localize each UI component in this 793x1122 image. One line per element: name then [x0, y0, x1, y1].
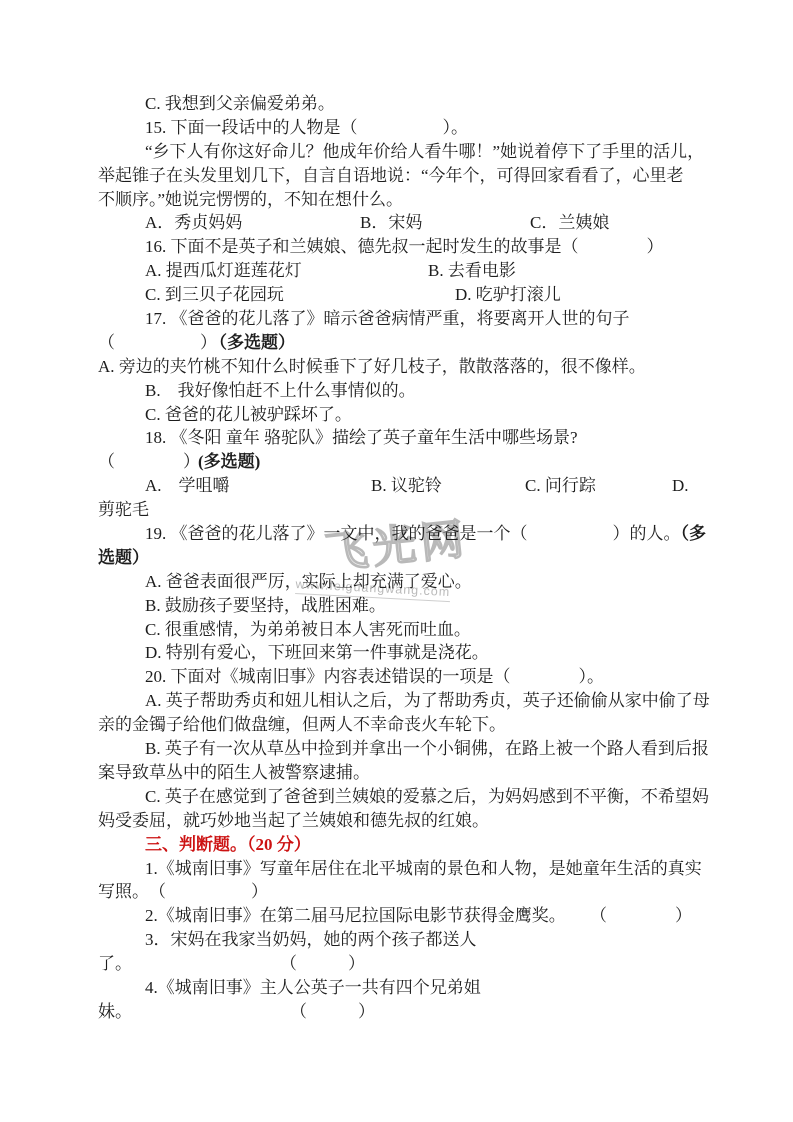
q18-option-a: A. 学咀嚼: [145, 474, 230, 498]
q18-option-c: C. 问行踪: [525, 474, 596, 498]
q18-blank-row: （ ） (多选题): [98, 450, 700, 474]
q16-option-a: A. 提西瓜灯逛莲花灯: [145, 259, 302, 283]
q15-passage-line3: 不顺序。”她说完愣愣的，不知在想什么。: [98, 188, 700, 212]
q15-passage-line2: 举起锥子在头发里划几下，自言自语地说：“今年个，可得回家看看了，心里老: [98, 164, 700, 188]
exam-body: C. 我想到父亲偏爱弟弟。 15. 下面一段话中的人物是（ ）。 “乡下人有你这…: [98, 92, 700, 1024]
q15-option-c: C．兰姨娘: [530, 211, 609, 235]
section3-item4-blank: （ ）: [290, 1000, 375, 1024]
q16-stem: 16. 下面不是英子和兰姨娘、德先叔一起时发生的故事是（ ）: [98, 235, 700, 259]
q18-option-b: B. 议驼铃: [371, 474, 442, 498]
section3-heading: 三、判断题。（20 分）: [98, 833, 700, 857]
q19-option-c: C. 很重感情，为弟弟被日本人害死而吐血。: [98, 618, 700, 642]
section3-item2-text: 2.《城南旧事》在第二届马尼拉国际电影节获得金鹰奖。: [145, 904, 566, 928]
section3-item1-line1: 1.《城南旧事》写童年居住在北平城南的景色和人物，是她童年生活的真实: [98, 857, 700, 881]
q16-options-row1: A. 提西瓜灯逛莲花灯 B. 去看电影: [98, 259, 700, 283]
section3-item3-line1: 3．宋妈在我家当奶妈，她的两个孩子都送人: [98, 928, 700, 952]
q15-stem: 15. 下面一段话中的人物是（ ）。: [98, 116, 700, 140]
q17-blank-row: （ ） （多选题）: [98, 331, 700, 355]
section3-item4-line2: 妹。 （ ）: [98, 1000, 700, 1024]
q19-option-b: B. 鼓励孩子要坚持，战胜困难。: [98, 594, 700, 618]
q17-stem: 17. 《爸爸的花儿落了》暗示爸爸病情严重，将要离开人世的句子: [98, 307, 700, 331]
section3-item3-tail: 了。: [98, 952, 132, 976]
q20-option-b-line2: 案导致草丛中的陌生人被警察逮捕。: [98, 761, 700, 785]
section3-item4-line1: 4.《城南旧事》主人公英子一共有四个兄弟姐: [98, 976, 700, 1000]
q15-option-a: A．秀贞妈妈: [145, 211, 242, 235]
q16-options-row2: C. 到三贝子花园玩 D. 吃驴打滚儿: [98, 283, 700, 307]
q14-option-c: C. 我想到父亲偏爱弟弟。: [98, 92, 700, 116]
q18-stem: 18. 《冬阳 童年 骆驼队》描绘了英子童年生活中哪些场景?: [98, 426, 700, 450]
q19-multi-select-tag-part2: 选题）: [98, 546, 700, 570]
q15-passage-line1: “乡下人有你这好命儿？他成年价给人看牛哪！”她说着停下了手里的活儿，: [98, 140, 700, 164]
q20-option-c-line1: C. 英子在感觉到了爸爸到兰姨娘的爱慕之后，为妈妈感到不平衡，不希望妈: [98, 785, 700, 809]
q17-answer-blank: （ ）: [98, 331, 217, 355]
section3-item2-row: 2.《城南旧事》在第二届马尼拉国际电影节获得金鹰奖。 （ ）: [98, 904, 700, 928]
q15-options-row: A．秀贞妈妈 B．宋妈 C．兰姨娘: [98, 211, 700, 235]
q16-option-c: C. 到三贝子花园玩: [145, 283, 284, 307]
q20-option-a-line1: A. 英子帮助秀贞和妞儿相认之后，为了帮助秀贞，英子还偷偷从家中偷了母: [98, 689, 700, 713]
q20-option-a-line2: 亲的金镯子给他们做盘缠，但两人不幸命丧火车轮下。: [98, 713, 700, 737]
q19-stem: 19. 《爸爸的花儿落了》一文中，我的爸爸是一个（ ）的人。: [145, 524, 681, 543]
q18-options-row: A. 学咀嚼 B. 议驼铃 C. 问行踪 D.: [98, 474, 700, 498]
q17-multi-select-tag: （多选题）: [210, 331, 295, 355]
q20-stem: 20. 下面对《城南旧事》内容表述错误的一项是（ ）。: [98, 665, 700, 689]
document-page: 飞光网 www.feiguangwang.com C. 我想到父亲偏爱弟弟。 1…: [0, 0, 793, 1122]
q17-option-a: A. 旁边的夹竹桃不知什么时候垂下了好几枝子，散散落落的，很不像样。: [98, 355, 700, 379]
section3-item4-tail: 妹。: [98, 1000, 132, 1024]
q16-option-b: B. 去看电影: [428, 259, 516, 283]
q19-option-d: D. 特别有爱心，下班回来第一件事就是浇花。: [98, 641, 700, 665]
q19-multi-select-tag-part1: （多: [681, 524, 707, 543]
section3-item3-blank: （ ）: [280, 952, 365, 976]
q18-option-d-wrap: 剪驼毛: [98, 498, 700, 522]
q19-stem-row: 19. 《爸爸的花儿落了》一文中，我的爸爸是一个（ ）的人。（多: [98, 522, 700, 546]
q18-multi-select-tag: (多选题): [198, 450, 260, 474]
q20-option-b-line1: B. 英子有一次从草丛中捡到并拿出一个小铜佛，在路上被一个路人看到后报: [98, 737, 700, 761]
q16-option-d: D. 吃驴打滚儿: [455, 283, 561, 307]
q17-option-c: C. 爸爸的花儿被驴踩坏了。: [98, 403, 700, 427]
section3-item3-line2: 了。 （ ）: [98, 952, 700, 976]
q15-option-b: B．宋妈: [360, 211, 422, 235]
section3-item2-blank: （ ）: [590, 904, 692, 928]
q19-option-a: A. 爸爸表面很严厉，实际上却充满了爱心。: [98, 570, 700, 594]
q20-option-c-line2: 妈受委屈，就巧妙地当起了兰姨娘和德先叔的红娘。: [98, 809, 700, 833]
section3-item1-line2: 写照。 （ ）: [98, 880, 700, 904]
q18-answer-blank: （ ）: [98, 450, 200, 474]
q17-option-b: B. 我好像怕赶不上什么事情似的。: [98, 379, 700, 403]
q18-option-d: D.: [672, 474, 689, 498]
